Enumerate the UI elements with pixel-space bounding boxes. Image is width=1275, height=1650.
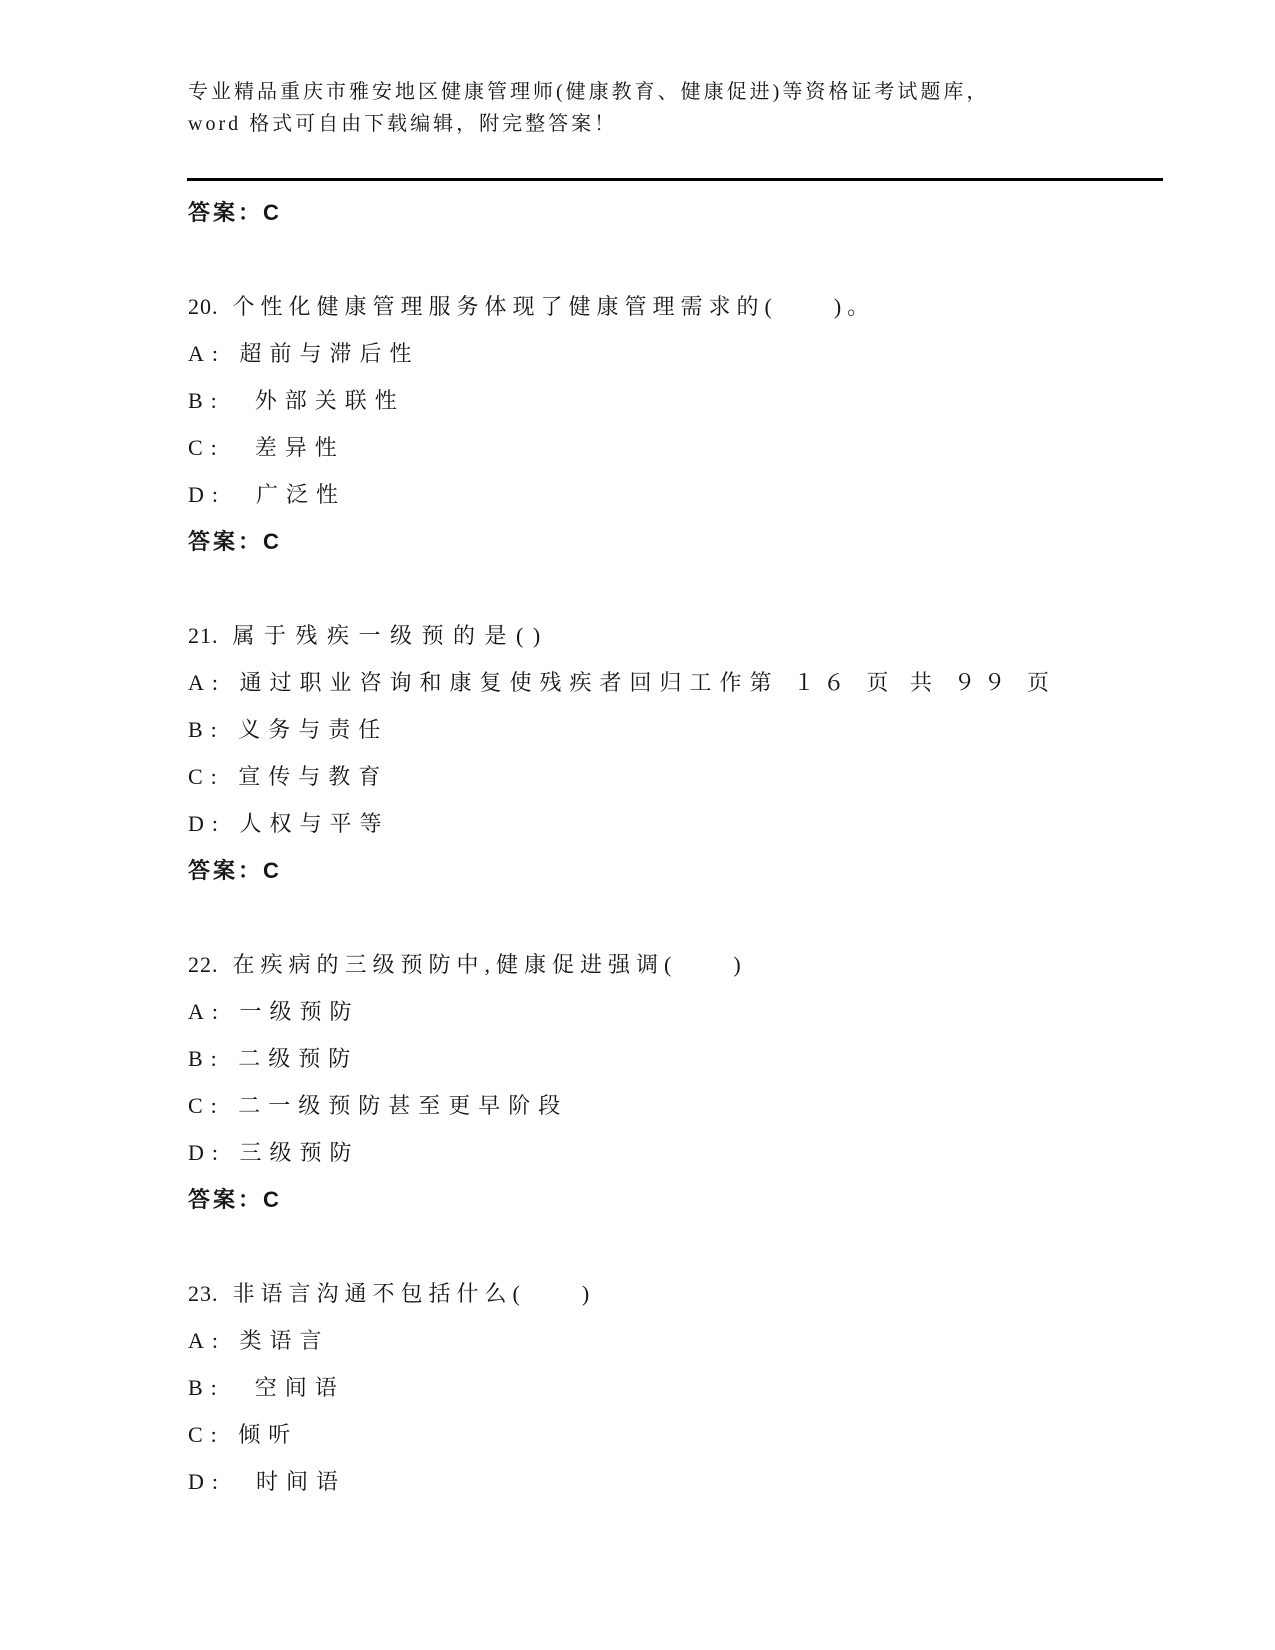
question-20-option-d: D: 广泛性	[188, 471, 1163, 518]
question-20-text: 个性化健康管理服务体现了健康管理需求的( )。	[233, 294, 876, 319]
question-22-number: 22.	[188, 952, 219, 977]
question-23-option-b: B: 空间语	[188, 1364, 1163, 1411]
question-23-text: 非语言沟通不包括什么( )	[233, 1281, 596, 1306]
answer-line-q21: 答案：C	[188, 847, 1163, 894]
question-22-option-b: B: 二级预防	[188, 1035, 1163, 1082]
question-22-option-c: C: 二一级预防甚至更早阶段	[188, 1082, 1163, 1129]
question-20-title: 20.个性化健康管理服务体现了健康管理需求的( )。	[188, 283, 1163, 330]
answer-line-q19: 答案：C	[188, 189, 1163, 236]
spacer	[188, 1223, 1163, 1270]
question-20-number: 20.	[188, 294, 219, 319]
document-header: 专业精品重庆市雅安地区健康管理师(健康教育、健康促进)等资格证考试题库， wor…	[0, 0, 1275, 140]
document-page: 专业精品重庆市雅安地区健康管理师(健康教育、健康促进)等资格证考试题库， wor…	[0, 0, 1275, 1650]
header-line-2: word 格式可自由下载编辑，附完整答案！	[188, 108, 1163, 140]
question-23-number: 23.	[188, 1281, 219, 1306]
question-23-option-c: C: 倾听	[188, 1411, 1163, 1458]
question-23-option-d: D: 时间语	[188, 1458, 1163, 1505]
answer-line-q22: 答案：C	[188, 1176, 1163, 1223]
answer-line-q20: 答案：C	[188, 518, 1163, 565]
question-20-option-c: C: 差异性	[188, 424, 1163, 471]
question-21-option-b: B: 义务与责任	[188, 706, 1163, 753]
question-21-option-c: C: 宣传与教育	[188, 753, 1163, 800]
question-22-option-a: A: 一级预防	[188, 988, 1163, 1035]
question-21-title: 21.属 于 残 疾 一 级 预 的 是 ( )	[188, 612, 1163, 659]
question-20-option-b: B: 外部关联性	[188, 377, 1163, 424]
spacer	[188, 236, 1163, 283]
question-20-option-a: A: 超前与滞后性	[188, 330, 1163, 377]
question-22-text: 在疾病的三级预防中,健康促进强调( )	[233, 952, 747, 977]
question-23-option-a: A: 类语言	[188, 1317, 1163, 1364]
spacer	[188, 565, 1163, 612]
question-21-option-a: A: 通过职业咨询和康复使残疾者回归工作第 １６ 页 共 ９９ 页	[188, 659, 1163, 706]
spacer	[188, 894, 1163, 941]
question-21-text: 属 于 残 疾 一 级 预 的 是 ( )	[233, 623, 543, 648]
question-22-title: 22.在疾病的三级预防中,健康促进强调( )	[188, 941, 1163, 988]
question-21-number: 21.	[188, 623, 219, 648]
header-line-1: 专业精品重庆市雅安地区健康管理师(健康教育、健康促进)等资格证考试题库，	[188, 76, 1163, 108]
document-body: 答案：C 20.个性化健康管理服务体现了健康管理需求的( )。 A: 超前与滞后…	[0, 181, 1275, 1505]
question-22-option-d: D: 三级预防	[188, 1129, 1163, 1176]
question-21-option-d: D: 人权与平等	[188, 800, 1163, 847]
question-23-title: 23.非语言沟通不包括什么( )	[188, 1270, 1163, 1317]
